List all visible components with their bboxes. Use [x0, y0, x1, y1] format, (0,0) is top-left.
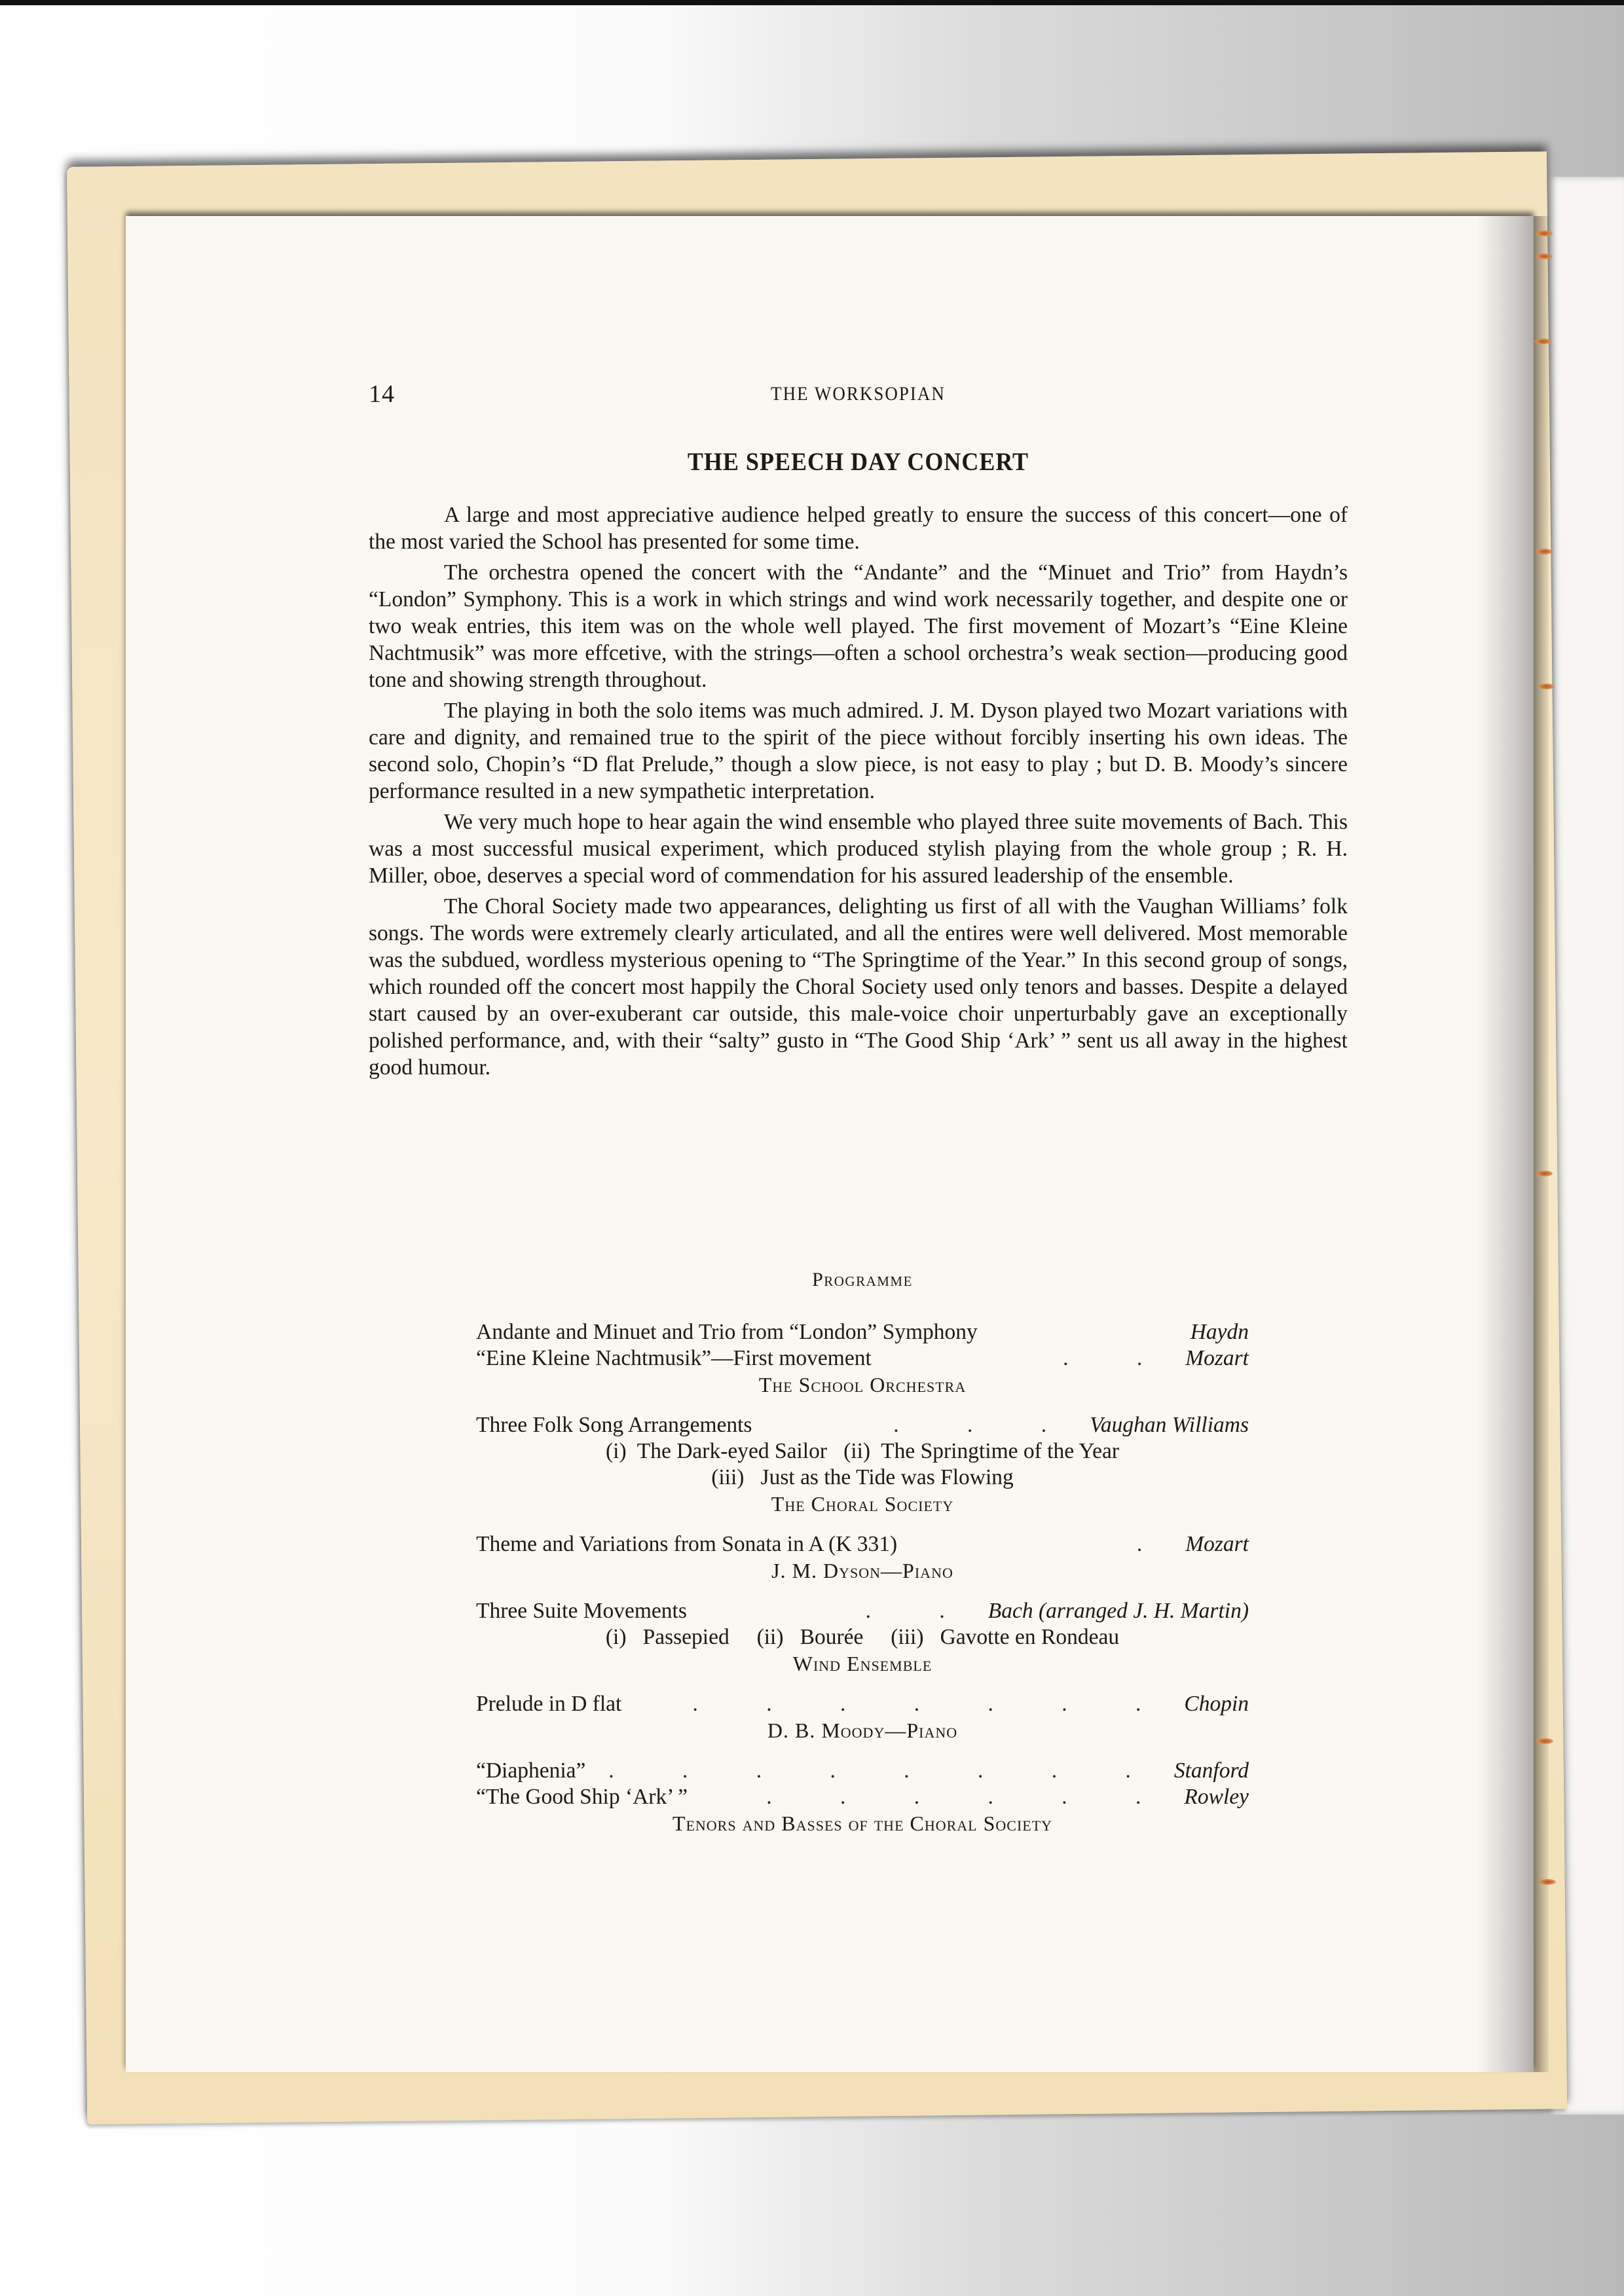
paragraph: The playing in both the solo items was m…: [369, 697, 1348, 805]
movement-list: (i) The Dark-eyed Sailor (ii) The Spring…: [476, 1438, 1249, 1465]
binding-stitch-mark: [1536, 549, 1553, 555]
article-title: THE SPEECH DAY CONCERT: [369, 446, 1348, 476]
binding-stitch-mark: [1538, 683, 1555, 689]
paragraph: A large and most appreciative audience h…: [369, 501, 1348, 555]
programme-item: Andante and Minuet and Trio from “London…: [476, 1319, 1249, 1345]
programme-item: “Eine Kleine Nachtmusik”—First movement …: [476, 1345, 1249, 1372]
dot-leader: . . .: [764, 1412, 1078, 1438]
journal-title: THE WORKSOPIAN: [369, 382, 1348, 405]
dot-leader: .: [909, 1531, 1173, 1558]
article-body: A large and most appreciative audience h…: [369, 501, 1348, 1081]
binding-stitch-mark: [1539, 1879, 1556, 1885]
piece-title: “Diaphenia”: [476, 1758, 585, 1784]
composer: Haydn: [1190, 1319, 1249, 1345]
programme-item: “Diaphenia” . . . . . . . . Stanford: [476, 1758, 1249, 1784]
composer: Mozart: [1185, 1345, 1249, 1372]
scanner-edge: [0, 0, 1624, 5]
programme-item: Three Folk Song Arrangements . . . Vaugh…: [476, 1412, 1249, 1438]
performer: The School Orchestra: [476, 1372, 1249, 1398]
piece-title: Three Folk Song Arrangements: [476, 1412, 752, 1438]
binding-stitch-mark: [1536, 1171, 1553, 1176]
article: 14 THE WORKSOPIAN THE SPEECH DAY CONCERT…: [369, 367, 1348, 1085]
piece-title: “The Good Ship ‘Ark’ ”: [476, 1784, 688, 1810]
movement-list: (iii) Just as the Tide was Flowing: [476, 1465, 1249, 1491]
performer: Wind Ensemble: [476, 1650, 1249, 1677]
dot-leader: . . . . . .: [699, 1784, 1172, 1810]
piece-title: Theme and Variations from Sonata in A (K…: [476, 1531, 897, 1558]
composer: Vaughan Williams: [1090, 1412, 1249, 1438]
composer: Bach (arranged J. H. Martin): [988, 1598, 1249, 1624]
paragraph: The orchestra opened the concert with th…: [369, 559, 1348, 693]
performer: D. B. Moody—Piano: [476, 1717, 1249, 1743]
binding-stitch-mark: [1536, 1738, 1553, 1744]
dot-leader: . . . . . . .: [633, 1691, 1172, 1717]
composer: Stanford: [1174, 1758, 1249, 1784]
piece-title: “Eine Kleine Nachtmusik”—First movement: [476, 1345, 872, 1372]
programme: Programme Andante and Minuet and Trio fr…: [476, 1267, 1249, 1851]
dot-leader: . . . . . . . .: [597, 1758, 1162, 1784]
programme-item: “The Good Ship ‘Ark’ ” . . . . . . Rowle…: [476, 1784, 1249, 1810]
binding-stitch-mark: [1536, 230, 1553, 236]
binding-stitch-mark: [1536, 253, 1553, 259]
binding-stitch-mark: [1534, 338, 1551, 344]
programme-heading: Programme: [476, 1267, 1249, 1293]
programme-group-tenors-basses: “Diaphenia” . . . . . . . . Stanford “Th…: [476, 1758, 1249, 1836]
programme-group-moody: Prelude in D flat . . . . . . . Chopin D…: [476, 1691, 1249, 1743]
programme-group-dyson: Theme and Variations from Sonata in A (K…: [476, 1531, 1249, 1584]
dot-leader: . .: [883, 1345, 1173, 1372]
piece-title: Andante and Minuet and Trio from “London…: [476, 1319, 978, 1345]
paragraph: We very much hope to hear again the wind…: [369, 809, 1348, 889]
dot-leader: . .: [699, 1598, 976, 1624]
paragraph: The Choral Society made two appearances,…: [369, 893, 1348, 1081]
composer: Mozart: [1185, 1531, 1249, 1558]
performer: The Choral Society: [476, 1491, 1249, 1517]
programme-group-orchestra: Andante and Minuet and Trio from “London…: [476, 1319, 1249, 1398]
composer: Rowley: [1184, 1784, 1249, 1810]
composer: Chopin: [1184, 1691, 1249, 1717]
piece-title: Prelude in D flat: [476, 1691, 621, 1717]
performer: Tenors and Basses of the Choral Society: [476, 1810, 1249, 1836]
programme-group-wind: Three Suite Movements . . Bach (arranged…: [476, 1598, 1249, 1677]
programme-group-choral: Three Folk Song Arrangements . . . Vaugh…: [476, 1412, 1249, 1517]
running-head: 14 THE WORKSOPIAN: [369, 367, 1348, 406]
programme-item: Prelude in D flat . . . . . . . Chopin: [476, 1691, 1249, 1717]
performer: J. M. Dyson—Piano: [476, 1558, 1249, 1584]
programme-item: Three Suite Movements . . Bach (arranged…: [476, 1598, 1249, 1624]
programme-item: Theme and Variations from Sonata in A (K…: [476, 1531, 1249, 1558]
movement-list: (i) Passepied (ii) Bourée (iii) Gavotte …: [476, 1624, 1249, 1650]
binding-gutter: [1477, 216, 1549, 2072]
piece-title: Three Suite Movements: [476, 1598, 687, 1624]
